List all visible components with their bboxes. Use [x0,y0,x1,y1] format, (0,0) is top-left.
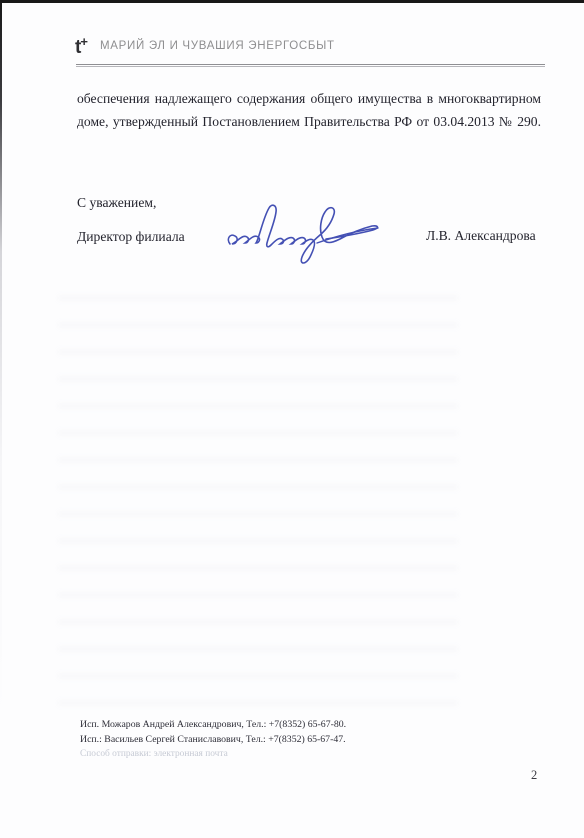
tplus-logo: t+ [75,34,88,59]
body-paragraph: обеспечения надлежащего содержания общег… [77,88,541,133]
executor-line-1: Исп. Можаров Андрей Александрович, Тел.:… [80,718,346,733]
footer-block: Исп. Можаров Андрей Александрович, Тел.:… [80,718,346,762]
tplus-logo-plus: + [80,34,88,49]
body-line-2: доме, утвержденный Постановлением Правит… [77,111,541,134]
signature-stroke [228,205,377,263]
page-number: 2 [531,768,537,783]
closing-salutation: С уважением, [77,195,156,211]
header-divider [76,64,545,67]
scanned-letter-page: t+ МАРИЙ ЭЛ И ЧУВАШИЯ ЭНЕРГОСБЫТ обеспеч… [0,0,584,838]
bleed-through-artifact [58,295,458,715]
executor-line-2: Исп.: Васильев Сергей Станиславович, Тел… [80,733,346,748]
signer-title: Директор филиала [77,229,185,245]
body-line-1: обеспечения надлежащего содержания общег… [77,88,541,111]
scan-edge-left [0,0,2,838]
delivery-method-line: Способ отправки: электронная почта [80,747,346,762]
handwritten-signature [222,197,384,271]
scan-edge-notch [3,3,15,12]
company-name: МАРИЙ ЭЛ И ЧУВАШИЯ ЭНЕРГОСБЫТ [100,40,335,52]
signer-name: Л.В. Александрова [426,228,536,244]
scan-edge-top [0,0,584,3]
